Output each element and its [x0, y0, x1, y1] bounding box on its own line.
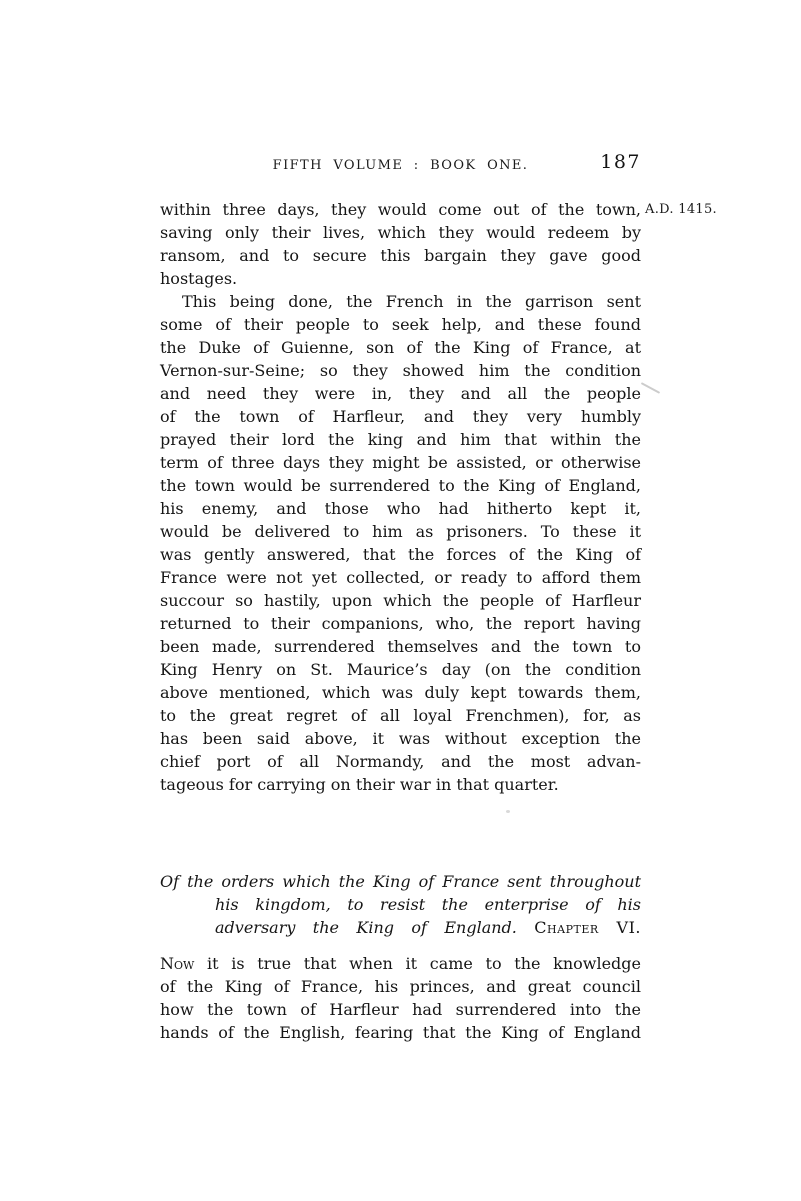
- paragraph-surrender-terms: within three days, they would come out o…: [160, 198, 641, 290]
- chapter-heading: Of the orders which the King of France s…: [160, 870, 641, 939]
- text-line: how the town of Harfleur had surrendered…: [160, 998, 641, 1021]
- text-line: Vernon-sur-Seine; so they showed him the…: [160, 359, 641, 382]
- text-line: of the King of France, his princes, and …: [160, 975, 641, 998]
- text-line: been made, surrendered themselves and th…: [160, 635, 641, 658]
- chapter-heading-line: his kingdom, to resist the enterprise of…: [160, 893, 641, 916]
- text-line: term of three days they might be assiste…: [160, 451, 641, 474]
- chapter-heading-line: Of the orders which the King of France s…: [160, 870, 641, 893]
- text-line: hands of the English, fearing that the K…: [160, 1021, 641, 1044]
- text-line: has been said above, it was without exce…: [160, 727, 641, 750]
- paragraph-more-lines: of the King of France, his princes, and …: [160, 975, 641, 1044]
- text-line: of the town of Harfleur, and they very h…: [160, 405, 641, 428]
- text-line: above mentioned, which was duly kept tow…: [160, 681, 641, 704]
- text-line: France were not yet collected, or ready …: [160, 566, 641, 589]
- paragraph-king-of-france: Now it is true that when it came to the …: [160, 952, 641, 1044]
- paragraph-lead-rest: it is true that when it came to the know…: [207, 954, 641, 973]
- chapter-number-label: Chapter VI.: [534, 918, 641, 937]
- book-page: FIFTH VOLUME : BOOK ONE. 187 A.D. 1415. …: [0, 0, 801, 1201]
- page-number: 187: [160, 153, 641, 172]
- text-line: was gently answered, that the forces of …: [160, 543, 641, 566]
- text-line: prayed their lord the king and him that …: [160, 428, 641, 451]
- text-column: within three days, they would come out o…: [160, 198, 641, 1044]
- text-line: tageous for carrying on their war in tha…: [160, 773, 641, 796]
- text-line: Now it is true that when it came to the …: [160, 952, 641, 975]
- text-line: ransom, and to secure this bargain they …: [160, 244, 641, 267]
- text-line: and need they were in, they and all the …: [160, 382, 641, 405]
- text-line: saving only their lives, which they woul…: [160, 221, 641, 244]
- text-line: would be delivered to him as prisoners. …: [160, 520, 641, 543]
- text-line: King Henry on St. Maurice’s day (on the …: [160, 658, 641, 681]
- text-line: to the great regret of all loyal Frenchm…: [160, 704, 641, 727]
- text-line: succour so hastily, upon which the peopl…: [160, 589, 641, 612]
- text-line: his enemy, and those who had hitherto ke…: [160, 497, 641, 520]
- scan-artifact-dot: [506, 810, 510, 813]
- margin-note-date: A.D. 1415.: [645, 203, 717, 216]
- text-line: the town would be surrendered to the Kin…: [160, 474, 641, 497]
- paragraph-garrison-plea: This being done, the French in the garri…: [160, 290, 641, 796]
- paragraph-lead-word: Now: [160, 954, 194, 973]
- text-line: within three days, they would come out o…: [160, 198, 641, 221]
- text-line: returned to their companions, who, the r…: [160, 612, 641, 635]
- text-line: chief port of all Normandy, and the most…: [160, 750, 641, 773]
- chapter-heading-lines: Of the orders which the King of France s…: [160, 870, 641, 916]
- scan-artifact-streak: [641, 382, 660, 394]
- chapter-heading-text: adversary the King of England.: [215, 918, 517, 937]
- text-line: This being done, the French in the garri…: [160, 290, 641, 313]
- text-line: some of their people to seek help, and t…: [160, 313, 641, 336]
- text-line: the Duke of Guienne, son of the King of …: [160, 336, 641, 359]
- text-line: hostages.: [160, 267, 641, 290]
- chapter-heading-line: adversary the King of England. Chapter V…: [160, 916, 641, 939]
